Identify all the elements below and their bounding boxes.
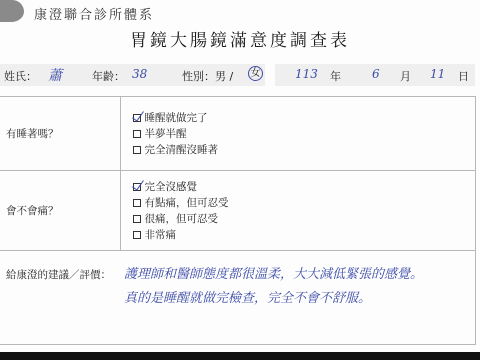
patient-info-left: 姓氏： 蕭 年齡： 38 性別：男 / 女 (0, 64, 265, 86)
year-field[interactable]: 113 (295, 67, 318, 81)
option-checkbox[interactable]: 完全沒感覺 (133, 179, 476, 195)
answer-options: 睡醒就做完了 半夢半醒 完全清醒沒睡著 (120, 97, 476, 171)
option-checkbox[interactable]: 半夢半醒 (133, 126, 476, 142)
checkbox-icon[interactable] (133, 130, 141, 138)
survey-table: 有睡著嗎？ 睡醒就做完了 半夢半醒 完全清醒沒睡著 會不會痛？ 完全沒感覺 有點… (0, 96, 476, 251)
year-label: 年 (330, 68, 341, 84)
name-label: 姓氏： (4, 68, 37, 84)
clinic-logo (0, 0, 24, 22)
checkbox-icon[interactable] (133, 231, 141, 239)
organization-name: 康澄聯合診所體系 (34, 4, 154, 23)
scan-edge-bar (0, 352, 480, 360)
feedback-label: 給康澄的建議／評價： (6, 267, 111, 282)
option-checkbox[interactable]: 有點痛，但可忍受 (133, 195, 476, 211)
question-row-pain: 會不會痛？ 完全沒感覺 有點痛，但可忍受 很痛，但可忍受 非常痛 (0, 171, 476, 251)
day-field[interactable]: 11 (430, 67, 445, 81)
feedback-text-line2[interactable]: 真的是睡醒就做完檢查，完全不會不舒服。 (124, 287, 371, 306)
checkbox-icon[interactable] (133, 199, 141, 207)
checkbox-icon[interactable] (133, 215, 141, 223)
option-checkbox[interactable]: 完全清醒沒睡著 (133, 142, 476, 158)
feedback-section: 給康澄的建議／評價： 護理師和醫師態度都很溫柔，大大減低緊張的感覺。 真的是睡醒… (0, 250, 476, 345)
name-field[interactable]: 蕭 (48, 65, 62, 85)
date-info: 113 年 6 月 11 日 (275, 64, 475, 86)
question-row-sleep: 有睡著嗎？ 睡醒就做完了 半夢半醒 完全清醒沒睡著 (0, 97, 476, 171)
month-field[interactable]: 6 (372, 67, 380, 81)
gender-female-selected[interactable]: 女 (248, 66, 263, 81)
age-field[interactable]: 38 (132, 67, 147, 81)
age-label: 年齡： (92, 68, 125, 84)
answer-options: 完全沒感覺 有點痛，但可忍受 很痛，但可忍受 非常痛 (120, 171, 476, 251)
checked-checkbox-icon[interactable] (133, 114, 141, 122)
option-checkbox[interactable]: 非常痛 (133, 227, 476, 243)
patient-info-bar: 姓氏： 蕭 年齡： 38 性別：男 / 女 113 年 6 月 11 日 (0, 64, 480, 86)
checked-checkbox-icon[interactable] (133, 183, 141, 191)
question-label: 會不會痛？ (0, 171, 120, 251)
day-label: 日 (458, 68, 469, 84)
option-checkbox[interactable]: 很痛，但可忍受 (133, 211, 476, 227)
question-label: 有睡著嗎？ (0, 97, 120, 171)
feedback-text-line1[interactable]: 護理師和醫師態度都很溫柔，大大減低緊張的感覺。 (124, 263, 423, 282)
month-label: 月 (400, 68, 411, 84)
option-checkbox[interactable]: 睡醒就做完了 (133, 110, 476, 126)
page-title: 胃鏡大腸鏡滿意度調查表 (0, 26, 480, 51)
checkbox-icon[interactable] (133, 146, 141, 154)
gender-label: 性別：男 / (182, 68, 233, 84)
